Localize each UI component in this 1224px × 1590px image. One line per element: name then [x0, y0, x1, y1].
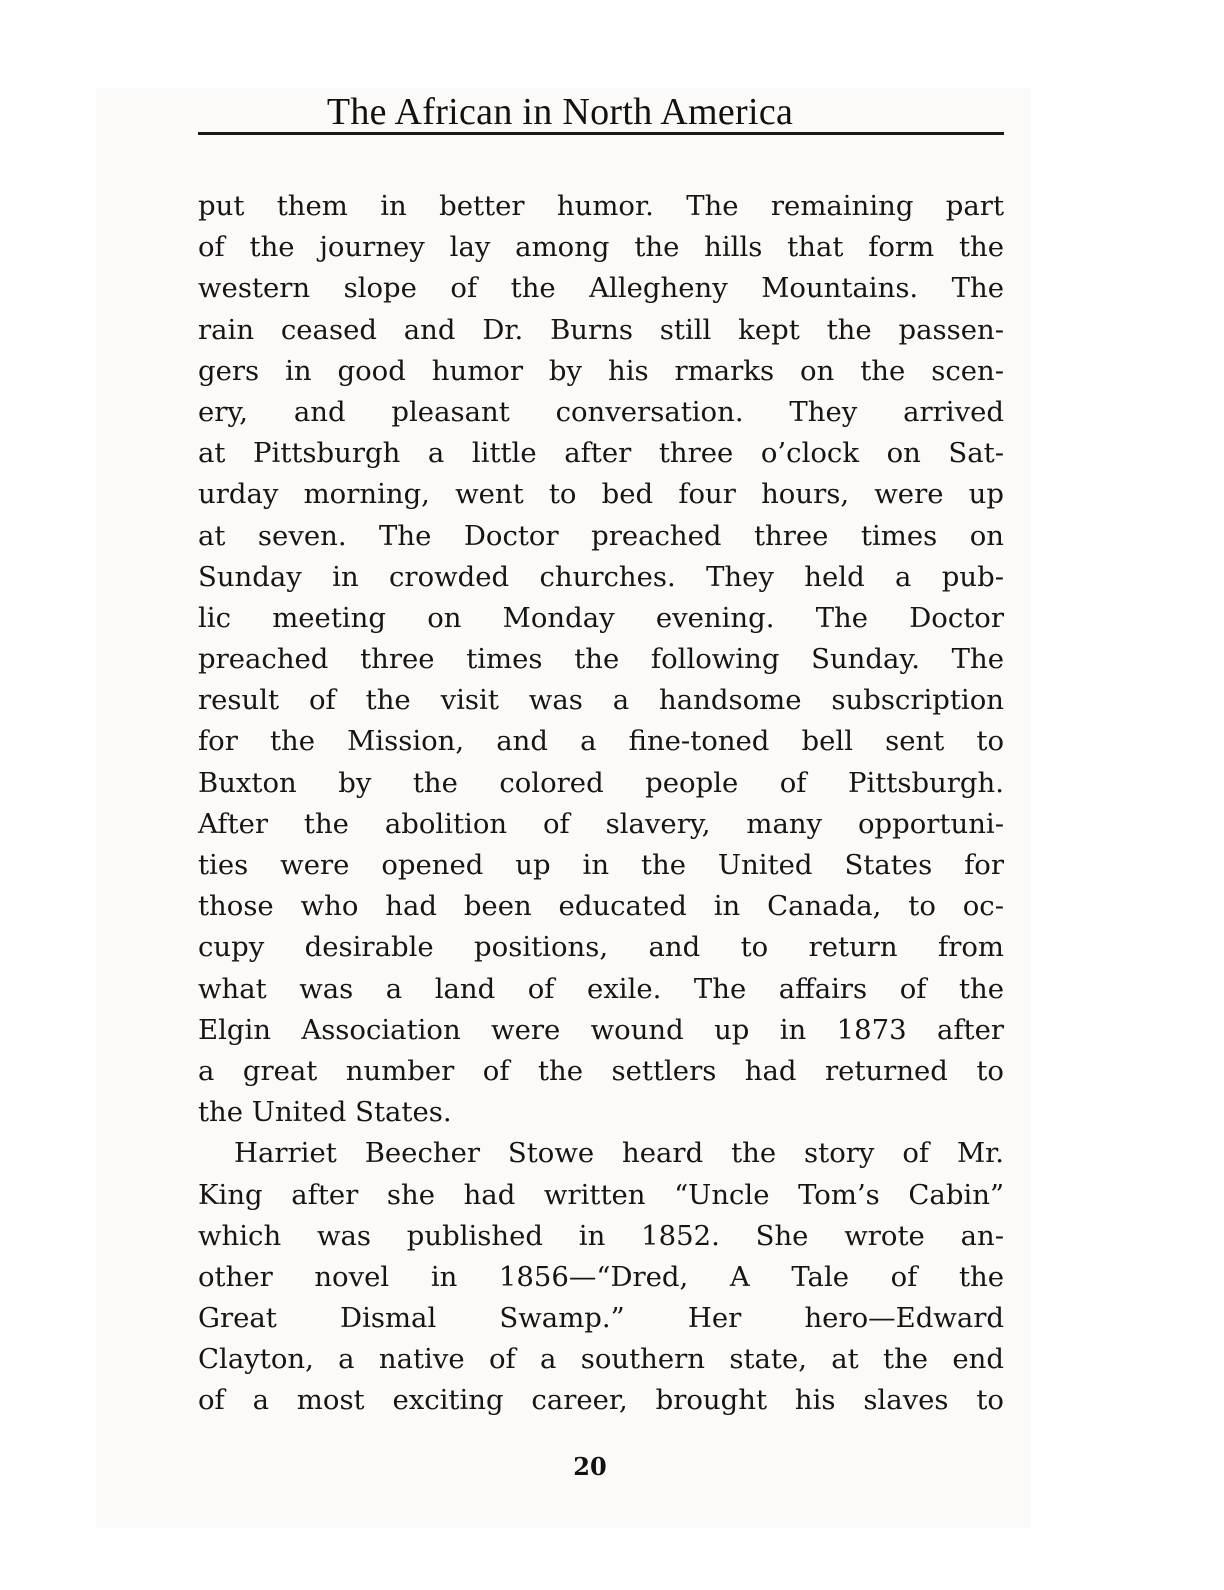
text-line: for the Mission, and a fine-toned bell s…: [198, 721, 1004, 762]
text-line: Buxton by the colored people of Pittsbur…: [198, 763, 1004, 804]
text-line: Great Dismal Swamp.” Her hero—Edward: [198, 1298, 1004, 1339]
text-line: Sunday in crowded churches. They held a …: [198, 557, 1004, 598]
text-line: ery, and pleasant conversation. They arr…: [198, 392, 1004, 433]
text-line: of the journey lay among the hills that …: [198, 227, 1004, 268]
text-line: result of the visit was a handsome subsc…: [198, 680, 1004, 721]
text-line: those who had been educated in Canada, t…: [198, 886, 1004, 927]
text-line: cupy desirable positions, and to return …: [198, 927, 1004, 968]
text-line: other novel in 1856—“Dred, A Tale of the: [198, 1257, 1004, 1298]
text-line: urday morning, went to bed four hours, w…: [198, 474, 1004, 515]
text-line: at seven. The Doctor preached three time…: [198, 516, 1004, 557]
text-line: After the abolition of slavery, many opp…: [198, 804, 1004, 845]
running-head-title: The African in North America: [110, 90, 1010, 134]
text-line: King after she had written “Uncle Tom’s …: [198, 1175, 1004, 1216]
text-line: western slope of the Allegheny Mountains…: [198, 268, 1004, 309]
text-line: ties were opened up in the United States…: [198, 845, 1004, 886]
text-line: lic meeting on Monday evening. The Docto…: [198, 598, 1004, 639]
page-number: 20: [0, 1452, 1180, 1481]
text-line: at Pittsburgh a little after three o’clo…: [198, 433, 1004, 474]
text-line: a great number of the settlers had retur…: [198, 1051, 1004, 1092]
text-line: Clayton, a native of a southern state, a…: [198, 1339, 1004, 1380]
text-line: Elgin Association were wound up in 1873 …: [198, 1010, 1004, 1051]
text-line: Harriet Beecher Stowe heard the story of…: [198, 1133, 1004, 1174]
text-line: which was published in 1852. She wrote a…: [198, 1216, 1004, 1257]
text-line: put them in better humor. The remaining …: [198, 186, 1004, 227]
paragraph-2: Harriet Beecher Stowe heard the story of…: [198, 1133, 1004, 1421]
text-line: rain ceased and Dr. Burns still kept the…: [198, 310, 1004, 351]
paragraph-1: put them in better humor. The remaining …: [198, 186, 1004, 1133]
body-text: put them in better humor. The remaining …: [198, 186, 1004, 1422]
text-line: gers in good humor by his rmarks on the …: [198, 351, 1004, 392]
text-line: of a most exciting career, brought his s…: [198, 1380, 1004, 1421]
text-line: the United States.: [198, 1092, 1004, 1133]
text-line: what was a land of exile. The affairs of…: [198, 969, 1004, 1010]
text-line: preached three times the following Sunda…: [198, 639, 1004, 680]
header-rule: [198, 132, 1004, 135]
